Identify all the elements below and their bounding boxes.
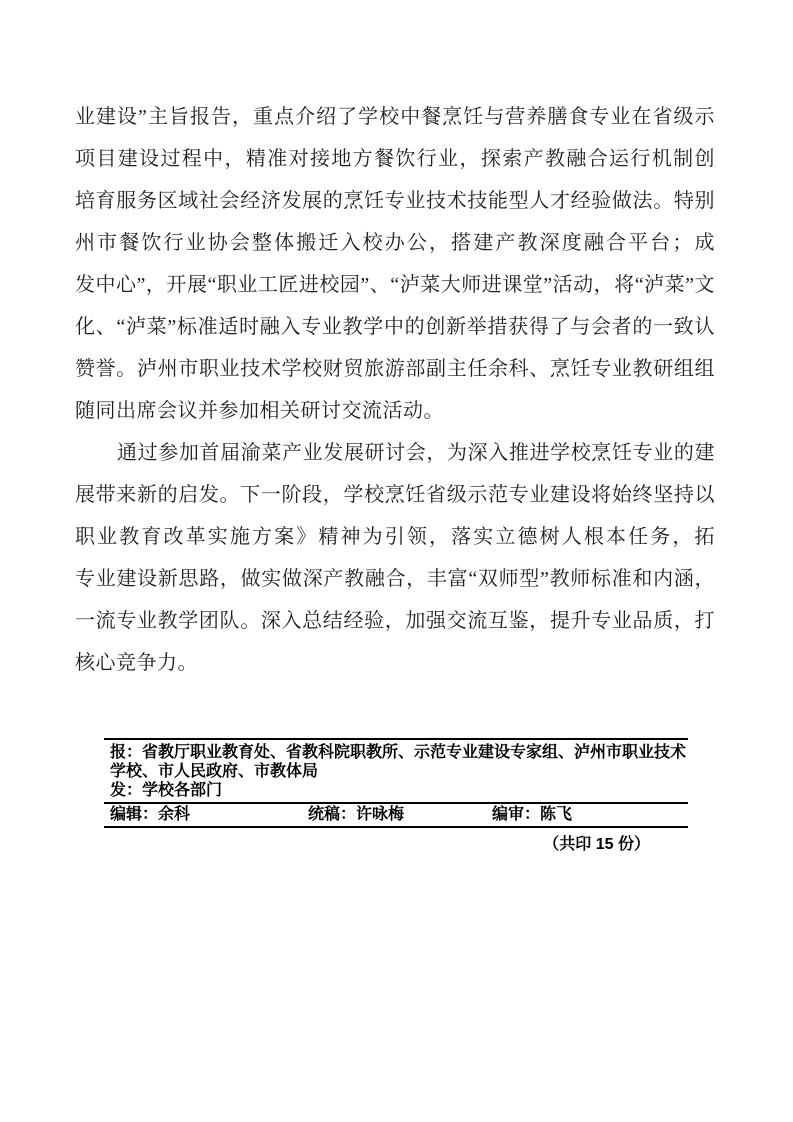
compiler-credit: 统稿：许咏梅 (308, 804, 404, 826)
body-line: 职业教育改革实施方案》精神为引领，落实立德树人根本任务，拓展“1+1+N” (75, 516, 715, 558)
reviewer-credit: 编审：陈飞 (492, 804, 572, 826)
editors-row: 编辑：余科 统稿：许咏梅 编审：陈飞 (104, 804, 688, 828)
body-text-block: 业建设”主旨报告，重点介绍了学校中餐烹饪与营养膳食专业在省级示范专业 项目建设过… (75, 96, 715, 684)
document-page: 业建设”主旨报告，重点介绍了学校中餐烹饪与营养膳食专业在省级示范专业 项目建设过… (0, 0, 793, 1122)
body-line: 化、“泸菜”标准适时融入专业教学中的创新举措获得了与会者的一致认可和 (75, 306, 715, 348)
issued-to-line: 发：学校各部门 (110, 781, 686, 800)
body-line: 项目建设过程中，精准对接地方餐饮行业，探索产教融合运行机制创新，精心 (75, 138, 715, 180)
body-line: 业建设”主旨报告，重点介绍了学校中餐烹饪与营养膳食专业在省级示范专业 (75, 96, 715, 138)
distribution-footer: 报：省教厅职业教育处、省教科院职教所、示范专业建设专家组、泸州市职业技术学校、市… (104, 738, 688, 855)
body-line: 赞誉。泸州市职业技术学校财贸旅游部副主任余科、烹饪专业教研组组长万俊 (75, 348, 715, 390)
body-line: 一流专业教学团队。深入总结经验，加强交流互鉴，提升专业品质，打造专业 (75, 600, 715, 642)
body-line: 专业建设新思路，做实做深产教融合，丰富“双师型”教师标准和内涵，打造 (75, 558, 715, 600)
body-line: 展带来新的启发。下一阶段，学校烹饪省级示范专业建设将始终坚持以《国家 (75, 474, 715, 516)
body-line: 发中心”，开展“职业工匠进校园”、“泸菜大师进课堂”活动，将“泸菜”文 (75, 264, 715, 306)
body-line: 培育服务区域社会经济发展的烹饪专业技术技能型人才经验做法。特别是将泸 (75, 180, 715, 222)
body-line: 随同出席会议并参加相关研讨交流活动。 (75, 390, 715, 432)
print-count: （共印 15 份） (104, 835, 688, 855)
body-line: 州市餐饮行业协会整体搬迁入校办公，搭建产教深度融合平台；成立“泸菜研 (75, 222, 715, 264)
editor-credit: 编辑：余科 (110, 804, 190, 826)
body-line: 通过参加首届渝菜产业发展研讨会，为深入推进学校烹饪专业的建设和发 (75, 432, 715, 474)
distribution-block: 报：省教厅职业教育处、省教科院职教所、示范专业建设专家组、泸州市职业技术学校、市… (104, 740, 688, 804)
report-to-line: 报：省教厅职业教育处、省教科院职教所、示范专业建设专家组、泸州市职业技术学校、市… (110, 743, 686, 781)
body-line: 核心竞争力。 (75, 642, 715, 684)
